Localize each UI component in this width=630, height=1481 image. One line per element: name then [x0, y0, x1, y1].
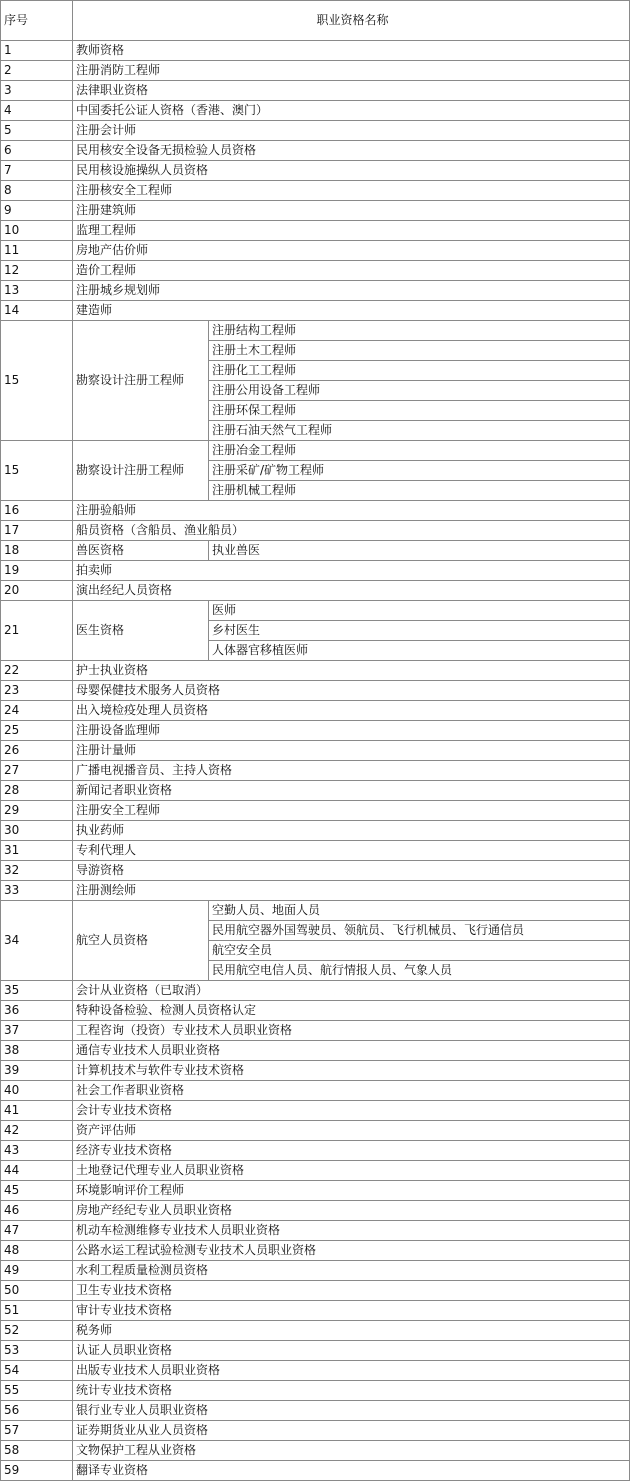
row-index: 13	[1, 281, 73, 301]
qualification-name: 证券期货业从业人员资格	[73, 1421, 630, 1441]
qualification-name: 护士执业资格	[73, 661, 630, 681]
row-index: 2	[1, 61, 73, 81]
row-index: 44	[1, 1161, 73, 1181]
qualification-name: 公路水运工程试验检测专业技术人员职业资格	[73, 1241, 630, 1261]
table-row: 46房地产经纪专业人员职业资格	[1, 1201, 630, 1221]
qualification-name: 环境影响评价工程师	[73, 1181, 630, 1201]
row-index: 5	[1, 121, 73, 141]
qualification-name: 资产评估师	[73, 1121, 630, 1141]
table-row: 17船员资格（含船员、渔业船员）	[1, 521, 630, 541]
table-row: 3法律职业资格	[1, 81, 630, 101]
row-index: 56	[1, 1401, 73, 1421]
table-row: 18兽医资格执业兽医	[1, 541, 630, 561]
row-index: 28	[1, 781, 73, 801]
qualification-name: 房地产估价师	[73, 241, 630, 261]
row-index: 39	[1, 1061, 73, 1081]
sub-qualification-name: 注册结构工程师	[209, 321, 630, 341]
row-index: 31	[1, 841, 73, 861]
qualification-name: 航空人员资格	[73, 901, 209, 981]
table-row: 23母婴保健技术服务人员资格	[1, 681, 630, 701]
sub-qualification-name: 注册机械工程师	[209, 481, 630, 501]
sub-qualification-name: 执业兽医	[209, 541, 630, 561]
table-row: 36特种设备检验、检测人员资格认定	[1, 1001, 630, 1021]
header-name: 职业资格名称	[73, 1, 630, 41]
row-index: 29	[1, 801, 73, 821]
row-index: 18	[1, 541, 73, 561]
table-row: 47机动车检测维修专业技术人员职业资格	[1, 1221, 630, 1241]
table-row: 5注册会计师	[1, 121, 630, 141]
row-index: 26	[1, 741, 73, 761]
table-body: 1教师资格2注册消防工程师3法律职业资格4中国委托公证人资格（香港、澳门）5注册…	[1, 41, 630, 1481]
table-row: 53认证人员职业资格	[1, 1341, 630, 1361]
qualification-name: 勘察设计注册工程师	[73, 441, 209, 501]
header-index: 序号	[1, 1, 73, 41]
sub-qualification-name: 注册化工工程师	[209, 361, 630, 381]
table-row: 43经济专业技术资格	[1, 1141, 630, 1161]
row-index: 38	[1, 1041, 73, 1061]
table-row: 14建造师	[1, 301, 630, 321]
qualification-name: 注册测绘师	[73, 881, 630, 901]
row-index: 8	[1, 181, 73, 201]
sub-qualification-name: 注册采矿/矿物工程师	[209, 461, 630, 481]
table-row: 26注册计量师	[1, 741, 630, 761]
qualification-name: 土地登记代理专业人员职业资格	[73, 1161, 630, 1181]
table-row: 44土地登记代理专业人员职业资格	[1, 1161, 630, 1181]
qualification-name: 翻译专业资格	[73, 1461, 630, 1481]
qualification-name: 注册建筑师	[73, 201, 630, 221]
qualification-name: 演出经纪人员资格	[73, 581, 630, 601]
row-index: 37	[1, 1021, 73, 1041]
qualification-name: 教师资格	[73, 41, 630, 61]
table-row: 40社会工作者职业资格	[1, 1081, 630, 1101]
row-index: 22	[1, 661, 73, 681]
qualification-name: 会计专业技术资格	[73, 1101, 630, 1121]
sub-qualification-name: 注册公用设备工程师	[209, 381, 630, 401]
row-index: 1	[1, 41, 73, 61]
table-row: 50卫生专业技术资格	[1, 1281, 630, 1301]
row-index: 42	[1, 1121, 73, 1141]
table-row: 29注册安全工程师	[1, 801, 630, 821]
qualification-name: 出版专业技术人员职业资格	[73, 1361, 630, 1381]
qualification-name: 水利工程质量检测员资格	[73, 1261, 630, 1281]
table-row: 59翻译专业资格	[1, 1461, 630, 1481]
sub-qualification-name: 乡村医生	[209, 621, 630, 641]
row-index: 23	[1, 681, 73, 701]
table-row: 11房地产估价师	[1, 241, 630, 261]
qualification-name: 医生资格	[73, 601, 209, 661]
table-row: 39计算机技术与软件专业技术资格	[1, 1061, 630, 1081]
table-row: 16注册验船师	[1, 501, 630, 521]
sub-qualification-name: 医师	[209, 601, 630, 621]
qualification-name: 出入境检疫处理人员资格	[73, 701, 630, 721]
row-index: 11	[1, 241, 73, 261]
table-row: 12造价工程师	[1, 261, 630, 281]
qualification-name: 通信专业技术人员职业资格	[73, 1041, 630, 1061]
table-row: 33注册测绘师	[1, 881, 630, 901]
sub-qualification-name: 民用航空电信人员、航行情报人员、气象人员	[209, 961, 630, 981]
sub-qualification-name: 注册冶金工程师	[209, 441, 630, 461]
qualification-name: 母婴保健技术服务人员资格	[73, 681, 630, 701]
row-index: 51	[1, 1301, 73, 1321]
row-index: 46	[1, 1201, 73, 1221]
table-row: 54出版专业技术人员职业资格	[1, 1361, 630, 1381]
table-row: 10监理工程师	[1, 221, 630, 241]
row-index: 54	[1, 1361, 73, 1381]
row-index: 45	[1, 1181, 73, 1201]
qualification-name: 兽医资格	[73, 541, 209, 561]
table-row: 32导游资格	[1, 861, 630, 881]
qualification-name: 注册计量师	[73, 741, 630, 761]
qualification-name: 文物保护工程从业资格	[73, 1441, 630, 1461]
qualification-name: 银行业专业人员职业资格	[73, 1401, 630, 1421]
table-row: 4中国委托公证人资格（香港、澳门）	[1, 101, 630, 121]
qualification-name: 民用核安全设备无损检验人员资格	[73, 141, 630, 161]
qualification-name: 机动车检测维修专业技术人员职业资格	[73, 1221, 630, 1241]
qualification-name: 船员资格（含船员、渔业船员）	[73, 521, 630, 541]
qualification-name: 房地产经纪专业人员职业资格	[73, 1201, 630, 1221]
row-index: 3	[1, 81, 73, 101]
row-index: 17	[1, 521, 73, 541]
row-index: 33	[1, 881, 73, 901]
qualification-name: 计算机技术与软件专业技术资格	[73, 1061, 630, 1081]
qualification-name: 中国委托公证人资格（香港、澳门）	[73, 101, 630, 121]
qualification-name: 注册城乡规划师	[73, 281, 630, 301]
qualification-name: 注册消防工程师	[73, 61, 630, 81]
qualification-name: 认证人员职业资格	[73, 1341, 630, 1361]
qualification-name: 导游资格	[73, 861, 630, 881]
qualification-name: 监理工程师	[73, 221, 630, 241]
row-index: 25	[1, 721, 73, 741]
qualification-name: 经济专业技术资格	[73, 1141, 630, 1161]
row-index: 12	[1, 261, 73, 281]
row-index: 35	[1, 981, 73, 1001]
row-index: 6	[1, 141, 73, 161]
table-row: 21医生资格医师	[1, 601, 630, 621]
table-row: 6民用核安全设备无损检验人员资格	[1, 141, 630, 161]
table-row: 28新闻记者职业资格	[1, 781, 630, 801]
table-row: 49水利工程质量检测员资格	[1, 1261, 630, 1281]
sub-qualification-name: 民用航空器外国驾驶员、领航员、飞行机械员、飞行通信员	[209, 921, 630, 941]
qualification-name: 卫生专业技术资格	[73, 1281, 630, 1301]
qualification-name: 会计从业资格（已取消）	[73, 981, 630, 1001]
row-index: 52	[1, 1321, 73, 1341]
table-row: 8注册核安全工程师	[1, 181, 630, 201]
table-row: 31专利代理人	[1, 841, 630, 861]
qualification-name: 新闻记者职业资格	[73, 781, 630, 801]
qualification-name: 建造师	[73, 301, 630, 321]
qualification-name: 执业药师	[73, 821, 630, 841]
qualification-name: 注册会计师	[73, 121, 630, 141]
table-row: 45环境影响评价工程师	[1, 1181, 630, 1201]
row-index: 14	[1, 301, 73, 321]
table-row: 57证券期货业从业人员资格	[1, 1421, 630, 1441]
table-row: 37工程咨询（投资）专业技术人员职业资格	[1, 1021, 630, 1041]
table-row: 24出入境检疫处理人员资格	[1, 701, 630, 721]
row-index: 20	[1, 581, 73, 601]
table-row: 20演出经纪人员资格	[1, 581, 630, 601]
row-index: 47	[1, 1221, 73, 1241]
row-index: 36	[1, 1001, 73, 1021]
sub-qualification-name: 空勤人员、地面人员	[209, 901, 630, 921]
sub-qualification-name: 航空安全员	[209, 941, 630, 961]
table-row: 9注册建筑师	[1, 201, 630, 221]
table-row: 27广播电视播音员、主持人资格	[1, 761, 630, 781]
row-index: 16	[1, 501, 73, 521]
sub-qualification-name: 注册石油天然气工程师	[209, 421, 630, 441]
header-row: 序号 职业资格名称	[1, 1, 630, 41]
table-row: 34航空人员资格空勤人员、地面人员	[1, 901, 630, 921]
table-row: 22护士执业资格	[1, 661, 630, 681]
table-row: 7民用核设施操纵人员资格	[1, 161, 630, 181]
row-index: 48	[1, 1241, 73, 1261]
qualification-name: 特种设备检验、检测人员资格认定	[73, 1001, 630, 1021]
sub-qualification-name: 注册环保工程师	[209, 401, 630, 421]
qualification-name: 注册设备监理师	[73, 721, 630, 741]
row-index: 49	[1, 1261, 73, 1281]
qualification-name: 广播电视播音员、主持人资格	[73, 761, 630, 781]
qualification-name: 民用核设施操纵人员资格	[73, 161, 630, 181]
table-row: 15勘察设计注册工程师注册结构工程师	[1, 321, 630, 341]
row-index: 10	[1, 221, 73, 241]
table-row: 38通信专业技术人员职业资格	[1, 1041, 630, 1061]
row-index: 40	[1, 1081, 73, 1101]
qualification-name: 统计专业技术资格	[73, 1381, 630, 1401]
table-row: 48公路水运工程试验检测专业技术人员职业资格	[1, 1241, 630, 1261]
row-index: 19	[1, 561, 73, 581]
table-row: 52税务师	[1, 1321, 630, 1341]
table-row: 51审计专业技术资格	[1, 1301, 630, 1321]
row-index: 27	[1, 761, 73, 781]
row-index: 9	[1, 201, 73, 221]
table-row: 42资产评估师	[1, 1121, 630, 1141]
row-index: 53	[1, 1341, 73, 1361]
qualification-name: 注册验船师	[73, 501, 630, 521]
row-index: 58	[1, 1441, 73, 1461]
row-index: 41	[1, 1101, 73, 1121]
table-row: 1教师资格	[1, 41, 630, 61]
table-row: 55统计专业技术资格	[1, 1381, 630, 1401]
row-index: 4	[1, 101, 73, 121]
row-index: 7	[1, 161, 73, 181]
row-index: 21	[1, 601, 73, 661]
qualification-name: 税务师	[73, 1321, 630, 1341]
sub-qualification-name: 人体器官移植医师	[209, 641, 630, 661]
row-index: 55	[1, 1381, 73, 1401]
table-row: 15勘察设计注册工程师注册冶金工程师	[1, 441, 630, 461]
qualification-name: 注册安全工程师	[73, 801, 630, 821]
row-index: 30	[1, 821, 73, 841]
table-row: 19拍卖师	[1, 561, 630, 581]
row-index: 34	[1, 901, 73, 981]
table-row: 25注册设备监理师	[1, 721, 630, 741]
qualification-name: 造价工程师	[73, 261, 630, 281]
row-index: 57	[1, 1421, 73, 1441]
qualification-name: 专利代理人	[73, 841, 630, 861]
qualification-table: 序号 职业资格名称 1教师资格2注册消防工程师3法律职业资格4中国委托公证人资格…	[0, 0, 630, 1481]
qualification-name: 法律职业资格	[73, 81, 630, 101]
qualification-name: 社会工作者职业资格	[73, 1081, 630, 1101]
row-index: 59	[1, 1461, 73, 1481]
row-index: 43	[1, 1141, 73, 1161]
row-index: 32	[1, 861, 73, 881]
qualification-name: 审计专业技术资格	[73, 1301, 630, 1321]
sub-qualification-name: 注册土木工程师	[209, 341, 630, 361]
table-row: 30执业药师	[1, 821, 630, 841]
qualification-name: 注册核安全工程师	[73, 181, 630, 201]
table-row: 58文物保护工程从业资格	[1, 1441, 630, 1461]
qualification-name: 拍卖师	[73, 561, 630, 581]
table-row: 41会计专业技术资格	[1, 1101, 630, 1121]
table-row: 56银行业专业人员职业资格	[1, 1401, 630, 1421]
row-index: 24	[1, 701, 73, 721]
row-index: 50	[1, 1281, 73, 1301]
row-index: 15	[1, 441, 73, 501]
qualification-name: 工程咨询（投资）专业技术人员职业资格	[73, 1021, 630, 1041]
table-row: 2注册消防工程师	[1, 61, 630, 81]
table-row: 13注册城乡规划师	[1, 281, 630, 301]
table-row: 35会计从业资格（已取消）	[1, 981, 630, 1001]
qualification-name: 勘察设计注册工程师	[73, 321, 209, 441]
row-index: 15	[1, 321, 73, 441]
